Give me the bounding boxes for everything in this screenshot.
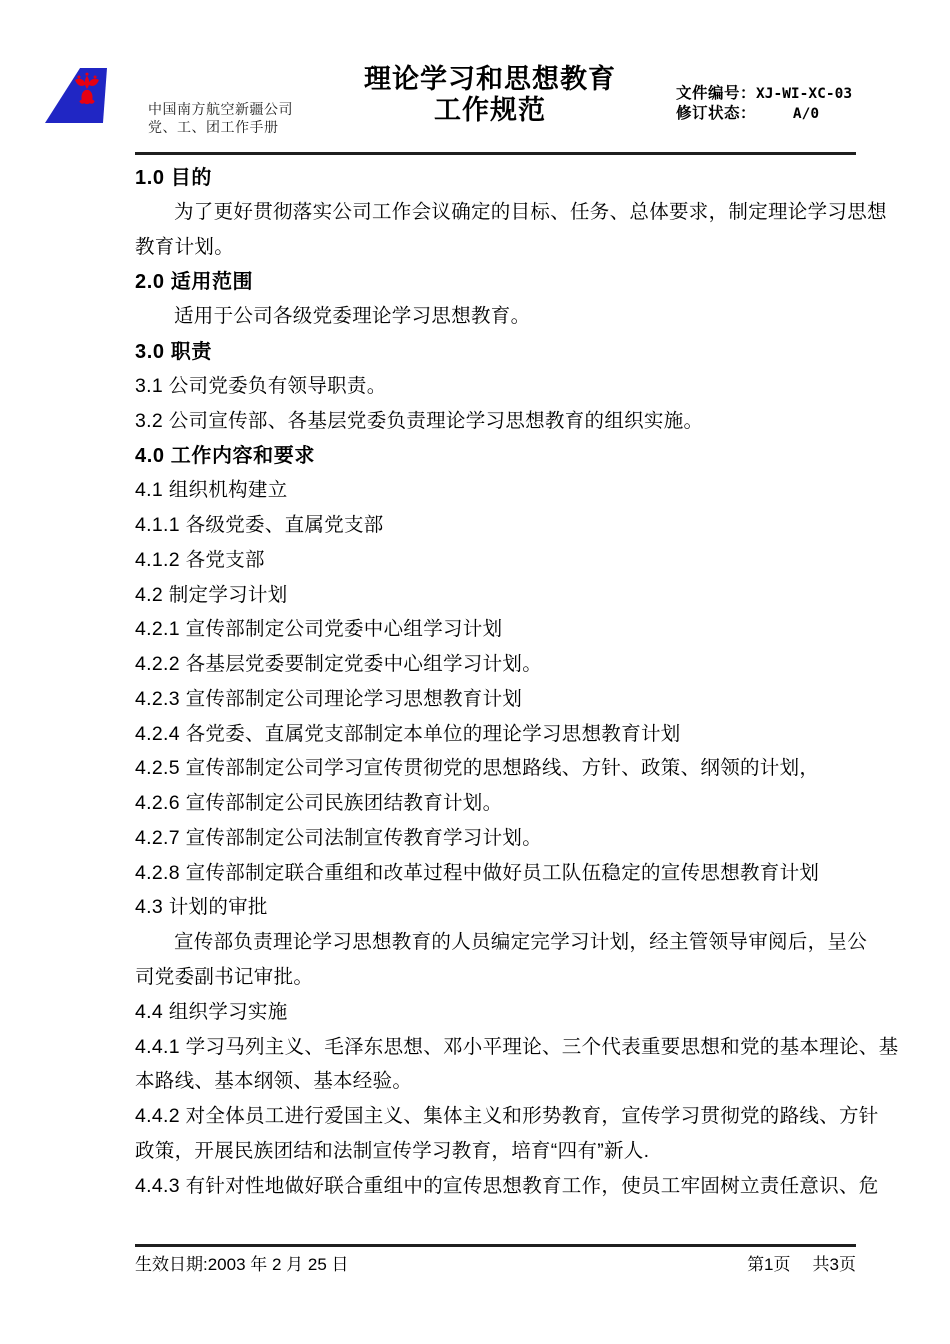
page-footer: 生效日期:2003 年 2 月 25 日 第1页 共3页 xyxy=(135,1250,856,1275)
footer-rule xyxy=(135,1244,856,1247)
doc-line: 4.2.4 各党委、直属党支部制定本单位的理论学习思想教育计划 xyxy=(135,714,859,749)
doc-line: 3.0 职责 xyxy=(135,332,859,367)
doc-line: 4.4.2 对全体员工进行爱国主义、集体主义和形势教育，宣传学习贯彻党的路线、方… xyxy=(135,1097,859,1132)
company-logo xyxy=(45,58,123,128)
doc-line: 4.2.8 宣传部制定联合重组和改革过程中做好员工队伍稳定的宣传思想教育计划 xyxy=(135,853,859,888)
doc-line: 4.3 计划的审批 xyxy=(135,888,859,923)
doc-line: 4.2.7 宣传部制定公司法制宣传教育学习计划。 xyxy=(135,819,859,854)
doc-line: 2.0 适用范围 xyxy=(135,262,859,297)
document-body: 1.0 目的 为了更好贯彻落实公司工作会议确定的目标、任务、总体要求，制定理论学… xyxy=(135,158,859,1201)
header-rule xyxy=(135,152,856,155)
doc-line: 宣传部负责理论学习思想教育的人员编定完学习计划，经主管领导审阅后，呈公 xyxy=(135,923,859,958)
total-pages: 共3页 xyxy=(813,1250,856,1275)
doc-line: 政策，开展民族团结和法制宣传学习教育，培育“四有”新人. xyxy=(135,1131,859,1166)
effective-date: 生效日期:2003 年 2 月 25 日 xyxy=(135,1250,349,1275)
doc-line: 教育计划。 xyxy=(135,228,859,263)
doc-line: 4.4 组织学习实施 xyxy=(135,992,859,1027)
document-page: 中国南方航空新疆公司 党、工、团工作手册 理论学习和思想教育 工作规范 文件编号… xyxy=(0,0,950,1344)
doc-line: 4.2.2 各基层党委要制定党委中心组学习计划。 xyxy=(135,645,859,680)
doc-line: 本路线、基本纲领、基本经验。 xyxy=(135,1062,859,1097)
doc-number-row: 文件编号： XJ-WI-XC-03 xyxy=(676,84,856,104)
revision-label: 修订状态： xyxy=(676,104,756,124)
doc-line: 4.2 制定学习计划 xyxy=(135,575,859,610)
doc-number-value: XJ-WI-XC-03 xyxy=(756,84,856,104)
doc-line: 4.2.5 宣传部制定公司学习宣传贯彻党的思想路线、方针、政策、纲领的计划， xyxy=(135,749,859,784)
doc-line: 1.0 目的 xyxy=(135,158,859,193)
doc-line: 为了更好贯彻落实公司工作会议确定的目标、任务、总体要求，制定理论学习思想 xyxy=(135,193,859,228)
doc-line: 4.1.2 各党支部 xyxy=(135,540,859,575)
current-page: 第1页 xyxy=(747,1250,790,1275)
kapok-flower-icon xyxy=(70,69,104,113)
company-name: 中国南方航空新疆公司 xyxy=(148,101,293,119)
doc-line: 4.4.3 有针对性地做好联合重组中的宣传思想教育工作，使员工牢固树立责任意识、… xyxy=(135,1166,859,1201)
doc-line: 4.0 工作内容和要求 xyxy=(135,436,859,471)
doc-line: 3.2 公司宣传部、各基层党委负责理论学习思想教育的组织实施。 xyxy=(135,401,859,436)
doc-number-label: 文件编号： xyxy=(676,84,756,104)
doc-line: 4.2.3 宣传部制定公司理论学习思想教育计划 xyxy=(135,679,859,714)
document-title: 理论学习和思想教育 工作规范 xyxy=(330,64,650,126)
page-indicator: 第1页 共3页 xyxy=(747,1250,856,1275)
doc-line: 3.1 公司党委负有领导职责。 xyxy=(135,367,859,402)
doc-line: 4.1.1 各级党委、直属党支部 xyxy=(135,506,859,541)
doc-line: 4.2.6 宣传部制定公司民族团结教育计划。 xyxy=(135,784,859,819)
company-name-block: 中国南方航空新疆公司 党、工、团工作手册 xyxy=(148,101,293,136)
doc-line: 4.2.1 宣传部制定公司党委中心组学习计划 xyxy=(135,610,859,645)
document-title-line2: 工作规范 xyxy=(330,95,650,126)
doc-line: 司党委副书记审批。 xyxy=(135,958,859,993)
handbook-name: 党、工、团工作手册 xyxy=(148,119,293,137)
revision-row: 修订状态： A/0 xyxy=(676,104,856,124)
document-meta: 文件编号： XJ-WI-XC-03 修订状态： A/0 xyxy=(676,84,856,124)
document-title-line1: 理论学习和思想教育 xyxy=(330,64,650,95)
doc-line: 适用于公司各级党委理论学习思想教育。 xyxy=(135,297,859,332)
doc-line: 4.1 组织机构建立 xyxy=(135,471,859,506)
doc-line: 4.4.1 学习马列主义、毛泽东思想、邓小平理论、三个代表重要思想和党的基本理论… xyxy=(135,1027,859,1062)
revision-value: A/0 xyxy=(756,104,856,124)
